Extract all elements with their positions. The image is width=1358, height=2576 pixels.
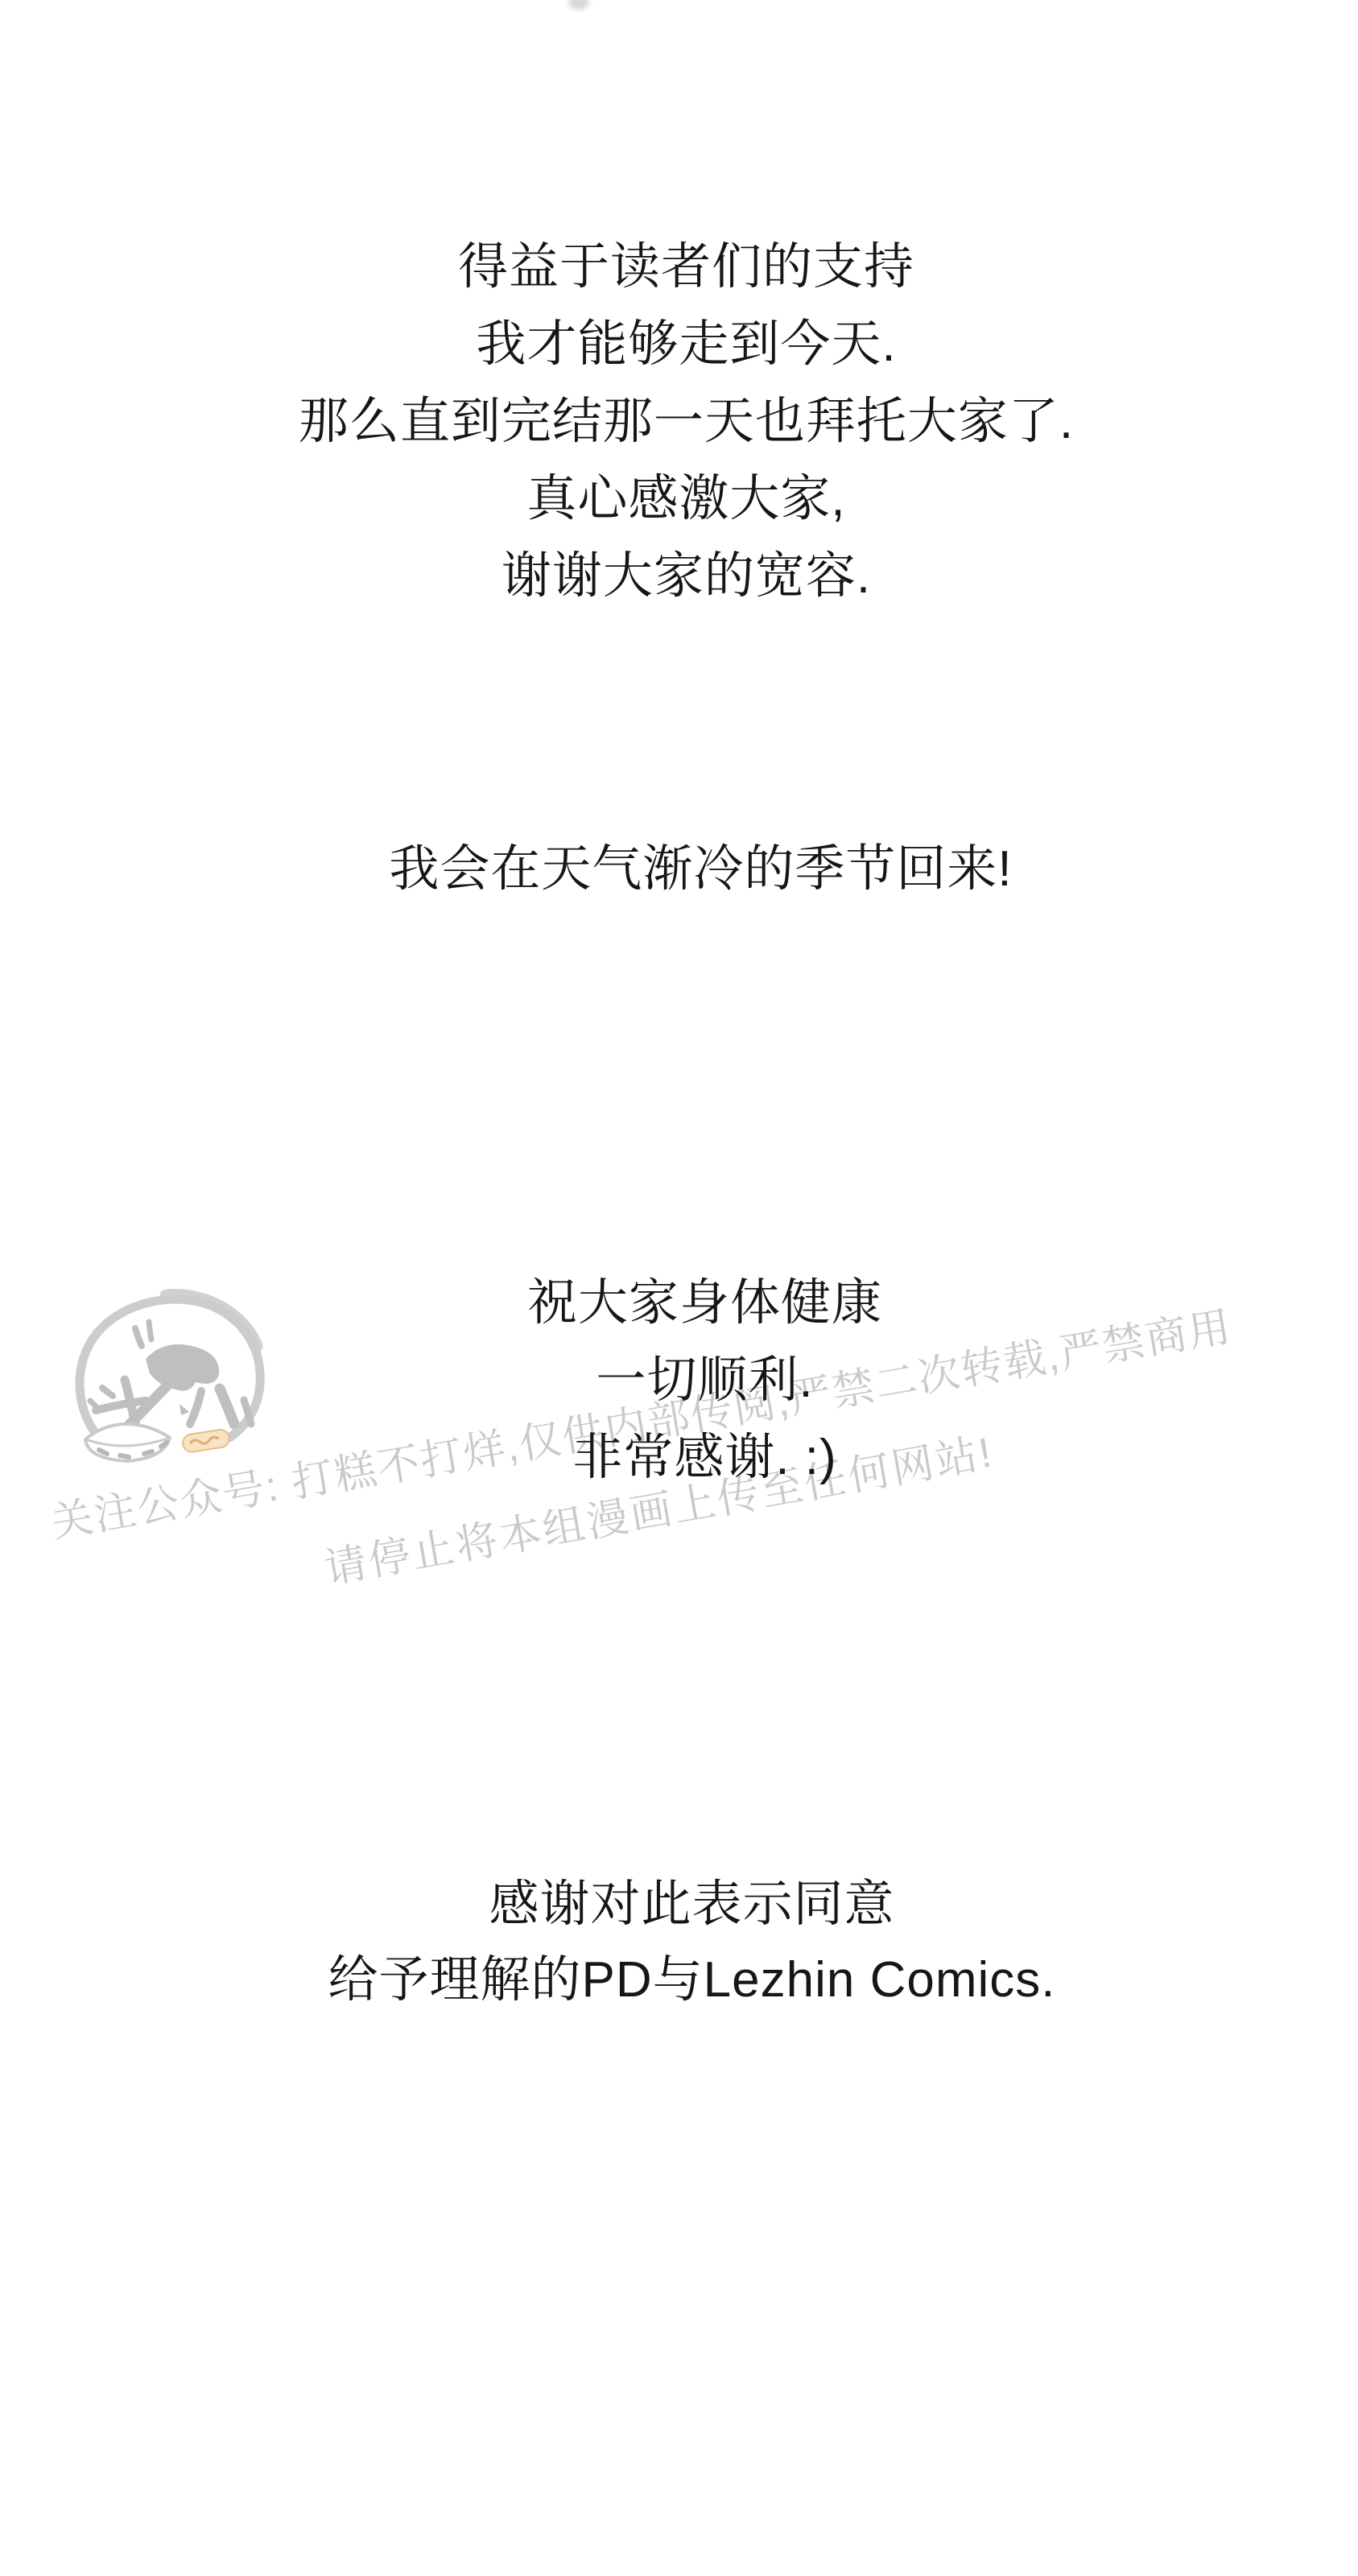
note-line: 真心感激大家, xyxy=(7,460,1358,538)
note-line: 感谢对此表示同意 xyxy=(13,1867,1358,1942)
note-line: 谢谢大家的宽容. xyxy=(7,538,1358,615)
note-line: 得益于读者们的支持 xyxy=(7,229,1358,306)
note-line: 我会在天气渐冷的季节回来! xyxy=(22,831,1358,908)
note-line: 那么直到完结那一天也拜托大家了. xyxy=(7,383,1358,460)
author-note-block-3: 祝大家身体健康 一切顺利. 非常感谢. :) xyxy=(26,1265,1358,1496)
comic-afterword-page: 关注公众号: 打糕不打烊,仅供内部传阅,严禁二次转载,严禁商用 请停止将本组漫画… xyxy=(0,0,1358,2576)
author-note-block-4: 感谢对此表示同意 给予理解的PD与Lezhin Comics. xyxy=(13,1867,1358,2018)
note-line: 给予理解的PD与Lezhin Comics. xyxy=(13,1942,1358,2018)
author-note-block-1: 得益于读者们的支持 我才能够走到今天. 那么直到完结那一天也拜托大家了. 真心感… xyxy=(7,229,1358,615)
note-line: 祝大家身体健康 xyxy=(26,1265,1358,1342)
cropped-art-fragment xyxy=(568,0,589,10)
note-line: 我才能够走到今天. xyxy=(7,306,1358,383)
note-line: 非常感谢. :) xyxy=(26,1419,1358,1496)
author-note-block-2: 我会在天气渐冷的季节回来! xyxy=(22,831,1358,908)
note-line: 一切顺利. xyxy=(26,1342,1358,1419)
